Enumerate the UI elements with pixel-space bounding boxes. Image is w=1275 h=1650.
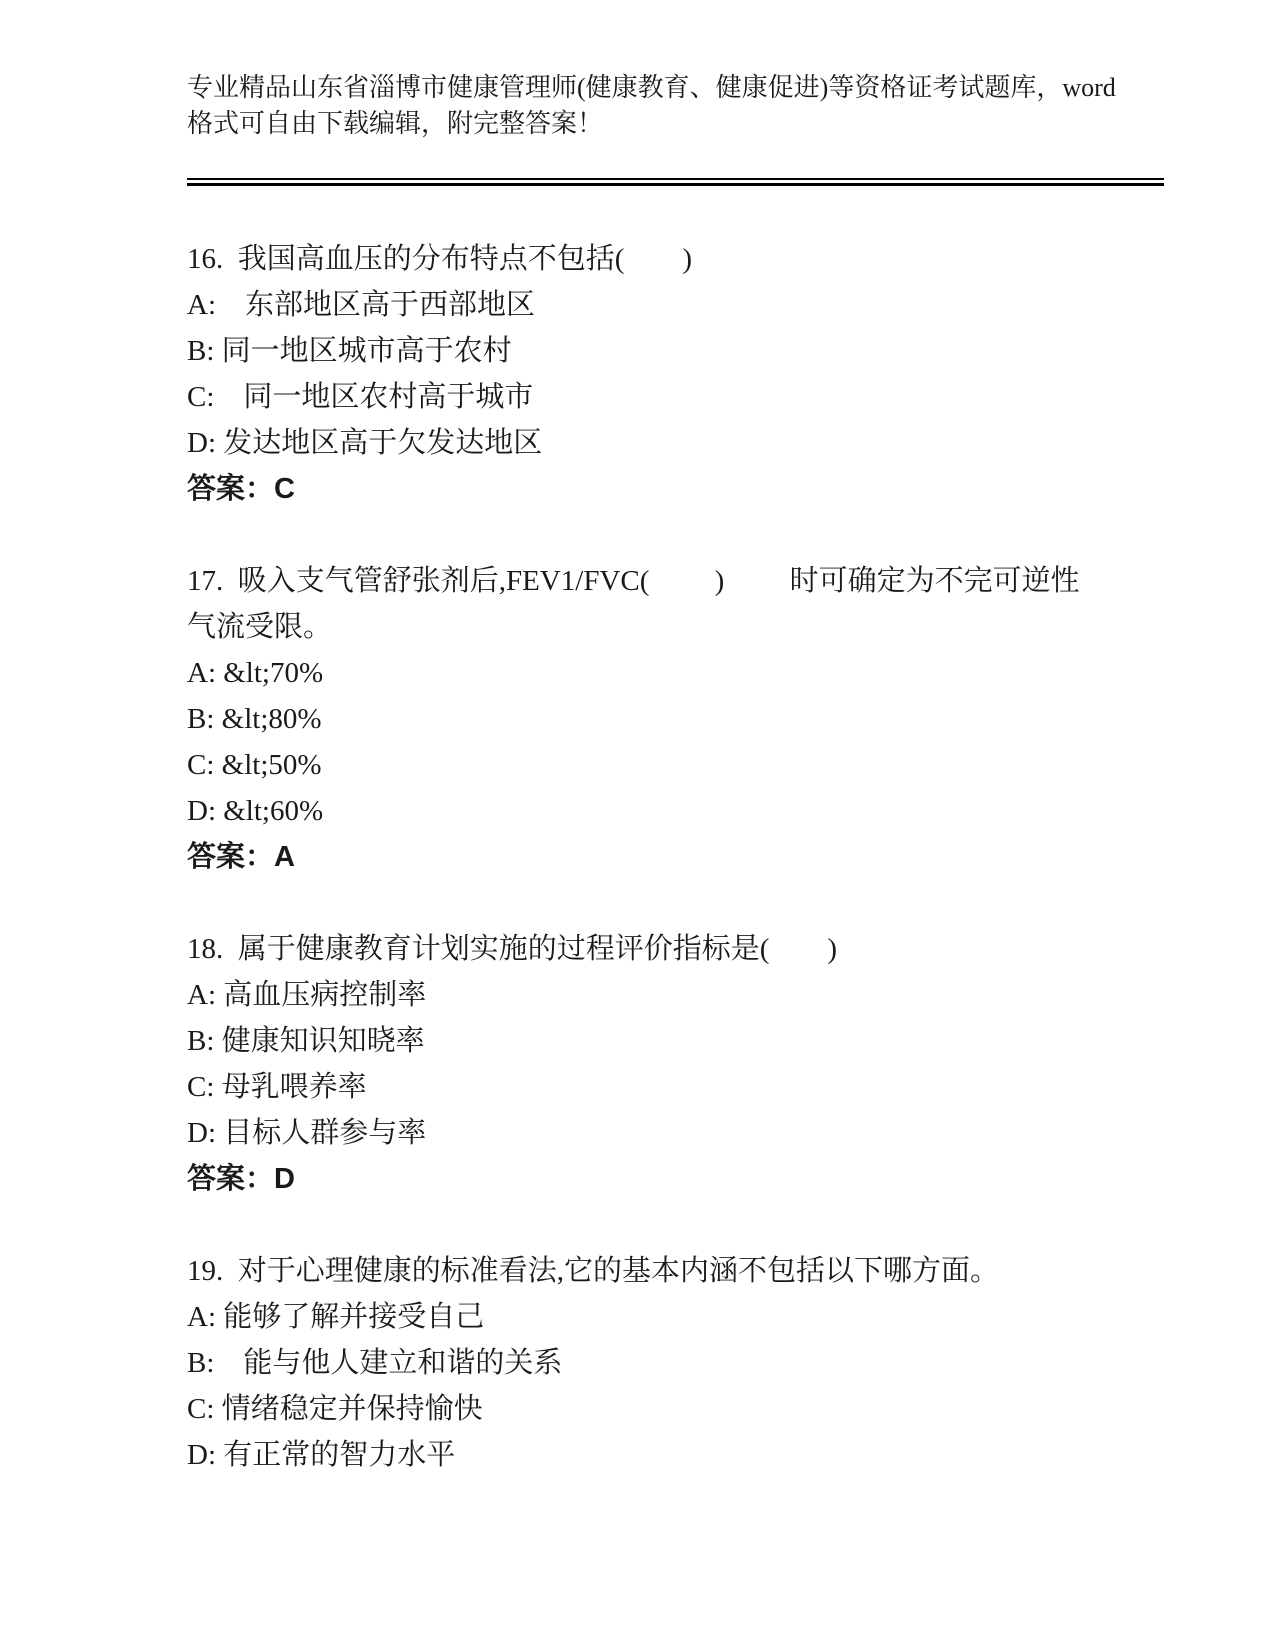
option-c: C: 情绪稳定并保持愉快: [187, 1386, 1217, 1432]
document-page: 专业精品山东省淄博市健康管理师(健康教育、健康促进)等资格证考试题库，word …: [0, 0, 1275, 1650]
answer-line: 答案：C: [187, 466, 1217, 512]
option-d: D: 有正常的智力水平: [187, 1432, 1217, 1478]
questions-area: 16. 我国高血压的分布特点不包括( ) A: 东部地区高于西部地区 B: 同一…: [187, 236, 1217, 1478]
question-title-continued: 气流受限。: [187, 604, 1217, 650]
option-b: B: &lt;80%: [187, 696, 1217, 742]
header-divider-rule: [187, 178, 1164, 186]
option-b: B: 健康知识知晓率: [187, 1018, 1217, 1064]
question-18-block: 18. 属于健康教育计划实施的过程评价指标是( ) A: 高血压病控制率 B: …: [187, 926, 1217, 1202]
option-d: D: 发达地区高于欠发达地区: [187, 420, 1217, 466]
option-c: C: &lt;50%: [187, 742, 1217, 788]
question-19-block: 19. 对于心理健康的标准看法,它的基本内涵不包括以下哪方面。 A: 能够了解并…: [187, 1248, 1217, 1478]
option-b: B: 同一地区城市高于农村: [187, 328, 1217, 374]
option-c: C: 同一地区农村高于城市: [187, 374, 1217, 420]
question-title: 18. 属于健康教育计划实施的过程评价指标是( ): [187, 926, 1217, 972]
option-a: A: 能够了解并接受自己: [187, 1294, 1217, 1340]
question-16-block: 16. 我国高血压的分布特点不包括( ) A: 东部地区高于西部地区 B: 同一…: [187, 236, 1217, 512]
question-title: 17. 吸入支气管舒张剂后,FEV1/FVC( ) 时可确定为不完可逆性: [187, 558, 1217, 604]
option-d: D: &lt;60%: [187, 788, 1217, 834]
option-a: A: 高血压病控制率: [187, 972, 1217, 1018]
header-text-line: 格式可自由下载编辑，附完整答案！: [187, 106, 1177, 142]
option-c: C: 母乳喂养率: [187, 1064, 1217, 1110]
answer-line: 答案：D: [187, 1156, 1217, 1202]
question-title: 19. 对于心理健康的标准看法,它的基本内涵不包括以下哪方面。: [187, 1248, 1217, 1294]
option-a: A: &lt;70%: [187, 650, 1217, 696]
question-17-block: 17. 吸入支气管舒张剂后,FEV1/FVC( ) 时可确定为不完可逆性 气流受…: [187, 558, 1217, 880]
option-b: B: 能与他人建立和谐的关系: [187, 1340, 1217, 1386]
answer-line: 答案：A: [187, 834, 1217, 880]
page-header: 专业精品山东省淄博市健康管理师(健康教育、健康促进)等资格证考试题库，word …: [187, 70, 1177, 142]
option-d: D: 目标人群参与率: [187, 1110, 1217, 1156]
question-title: 16. 我国高血压的分布特点不包括( ): [187, 236, 1217, 282]
header-text-line: 专业精品山东省淄博市健康管理师(健康教育、健康促进)等资格证考试题库，word: [187, 70, 1177, 106]
option-a: A: 东部地区高于西部地区: [187, 282, 1217, 328]
